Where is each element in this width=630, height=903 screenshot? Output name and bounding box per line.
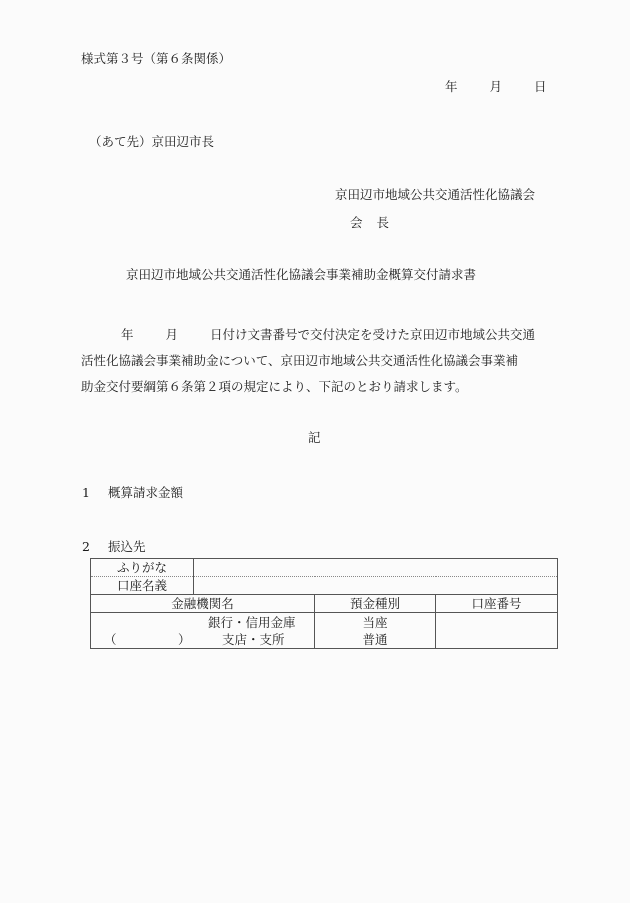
ki-heading: 記	[308, 432, 321, 445]
date-line: 年月日	[445, 81, 547, 94]
body-line-1-text: 日付け文書番号で交付決定を受けた京田辺市地域公共交通	[210, 327, 535, 342]
form-number: 様式第３号（第６条関係）	[81, 53, 231, 66]
document-title: 京田辺市地域公共交通活性化協議会事業補助金概算交付請求書	[126, 269, 476, 282]
body-line-2: 活性化協議会事業補助金について、京田辺市地域公共交通活性化協議会事業補	[81, 348, 561, 374]
item-number: 2	[82, 541, 108, 554]
item-transfer-destination: 2振込先	[82, 541, 146, 554]
account-number-field[interactable]	[436, 613, 558, 649]
deposit-type-ordinary: 普通	[315, 631, 435, 648]
body-line-1: 年月日付け文書番号で交付決定を受けた京田辺市地域公共交通	[81, 322, 561, 348]
branch-type-options: 支店・支所	[222, 632, 285, 648]
table-row-bank-details: （ ） 銀行・信用金庫 支店・支所 当座 普通	[91, 613, 558, 649]
transfer-table: ふりがな 口座名義 金融機関名 預金種別 口座番号 （ ） 銀行・信用金庫 支店…	[90, 558, 558, 649]
deposit-type-field[interactable]: 当座 普通	[315, 613, 436, 649]
item-request-amount: 1概算請求金額	[82, 487, 183, 500]
date-day-label: 日	[534, 81, 547, 94]
body-line-3: 助金交付要綱第６条第２項の規定により、下記のとおり請求します。	[81, 374, 561, 400]
account-name-field[interactable]	[194, 577, 558, 595]
table-row-furigana: ふりがな	[91, 559, 558, 577]
body-paragraph: 年月日付け文書番号で交付決定を受けた京田辺市地域公共交通 活性化協議会事業補助金…	[81, 322, 561, 400]
header-deposit-type: 預金種別	[315, 595, 436, 613]
item-number: 1	[82, 487, 108, 500]
sender-title-char: 会	[350, 215, 363, 230]
header-account-number: 口座番号	[436, 595, 558, 613]
bank-paren-open: （	[104, 632, 117, 648]
account-name-label: 口座名義	[91, 577, 194, 595]
furigana-label: ふりがな	[91, 559, 194, 577]
table-header-row: 金融機関名 預金種別 口座番号	[91, 595, 558, 613]
bank-name-field[interactable]: （ ） 銀行・信用金庫 支店・支所	[91, 613, 315, 649]
bank-type-options: 銀行・信用金庫	[208, 615, 296, 631]
sender-title-char: 長	[377, 215, 390, 230]
furigana-field[interactable]	[194, 559, 558, 577]
date-year-label: 年	[445, 81, 458, 94]
date-month-label: 月	[490, 81, 503, 94]
sender-organization: 京田辺市地域公共交通活性化協議会	[335, 189, 535, 202]
addressee: （あて先）京田辺市長	[89, 136, 214, 149]
bank-paren-close: ）	[178, 632, 191, 648]
item-label: 概算請求金額	[108, 485, 183, 500]
sender-title: 会長	[350, 217, 389, 230]
header-bank-name: 金融機関名	[91, 595, 315, 613]
deposit-type-current: 当座	[315, 614, 435, 631]
body-month: 月	[166, 327, 179, 342]
table-row-account-name: 口座名義	[91, 577, 558, 595]
item-label: 振込先	[108, 539, 146, 554]
body-year: 年	[121, 327, 134, 342]
